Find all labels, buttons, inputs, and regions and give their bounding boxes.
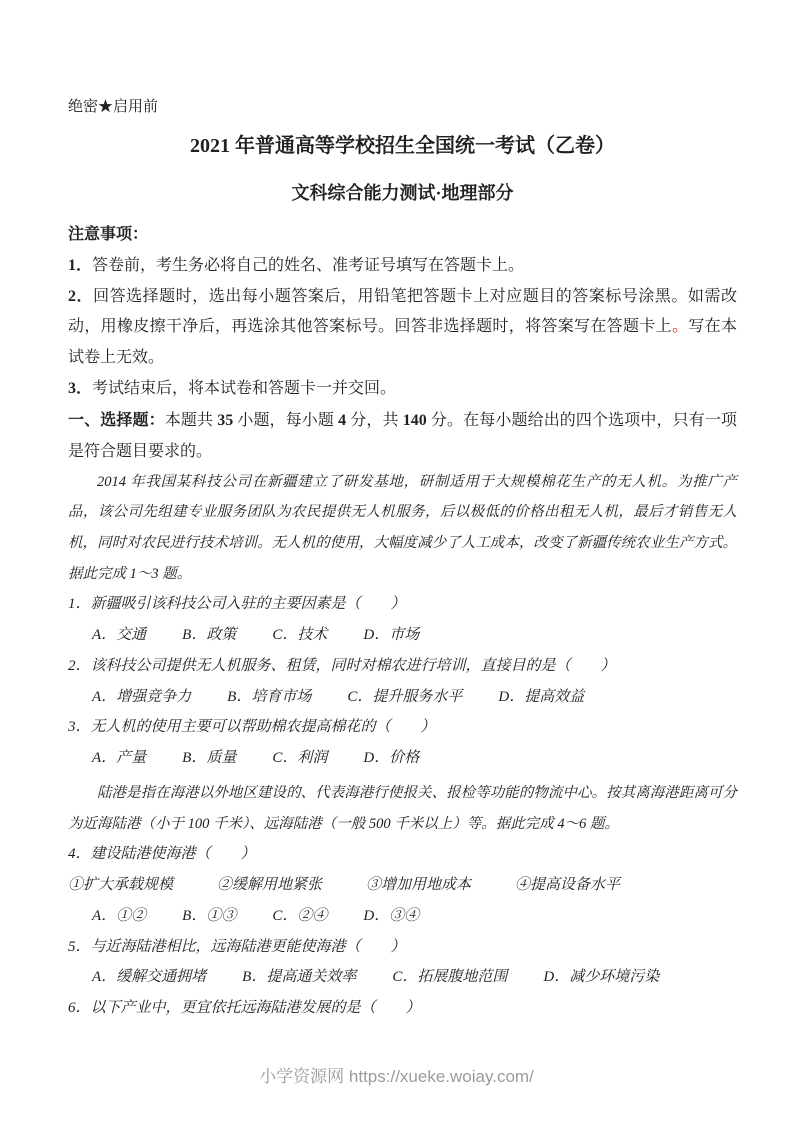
question-6-stem: 6．以下产业中，更宜依托远海陆港发展的是（ ）: [68, 993, 737, 1024]
question-4-subitem-4: ④提高设备水平: [515, 870, 620, 901]
question-5-option-c: C．拓展腹地范围: [392, 962, 507, 993]
question-5-options: A．缓解交通拥堵B．提高通关效率C．拓展腹地范围D．减少环境污染: [68, 962, 737, 993]
question-2-number: 2．: [68, 658, 91, 674]
question-6: 6．以下产业中，更宜依托远海陆港发展的是（ ）: [68, 993, 737, 1024]
question-6-number: 6．: [68, 1000, 91, 1016]
question-5-stem: 5．与近海陆港相比，远海陆港更能使海港（ ）: [68, 932, 737, 963]
question-4-stem: 4．建设陆港使海港（ ）: [68, 839, 737, 870]
question-4: 4．建设陆港使海港（ ） ①扩大承载规模②缓解用地紧张③增加用地成本④提高设备水…: [68, 839, 737, 931]
question-3-stem: 3．无人机的使用主要可以帮助棉农提高棉花的（ ）: [68, 712, 737, 743]
question-1-options: A．交通B．政策C．技术D．市场: [68, 620, 737, 651]
section-desc-3: 分，共: [346, 412, 403, 429]
question-5-option-d: D．减少环境污染: [543, 962, 659, 993]
question-4-options: A．①②B．①③C．②④D．③④: [68, 901, 737, 932]
question-1-option-d: D．市场: [363, 620, 419, 651]
question-3-options: A．产量B．质量C．利润D．价格: [68, 743, 737, 774]
question-3-option-d: D．价格: [363, 743, 419, 774]
secrecy-label: 绝密★启用前: [68, 96, 737, 118]
section-one-label: 一、选择题：: [68, 412, 165, 429]
question-4-text: 建设陆港使海港（ ）: [91, 846, 256, 862]
exam-title: 2021 年普通高等学校招生全国统一考试（乙卷）: [68, 132, 737, 160]
notice-item-3: 3．考试结束后，将本试卷和答题卡一并交回。: [68, 374, 737, 405]
exam-subtitle: 文科综合能力测试·地理部分: [68, 180, 737, 206]
question-6-text: 以下产业中，更宜依托远海陆港发展的是（ ）: [91, 1000, 421, 1016]
question-1-number: 1．: [68, 596, 91, 612]
section-one-header: 一、选择题：本题共 35 小题，每小题 4 分，共 140 分。在每小题给出的四…: [68, 405, 737, 467]
section-total-points: 140: [403, 412, 427, 429]
question-4-subitem-3: ③增加用地成本: [366, 870, 471, 901]
question-5-text: 与近海陆港相比，远海陆港更能使海港（ ）: [91, 939, 406, 955]
passage-drone-company: 2014 年我国某科技公司在新疆建立了研发基地，研制适用于大规模棉花生产的无人机…: [68, 467, 737, 589]
question-4-subitem-2: ②缓解用地紧张: [217, 870, 322, 901]
question-3: 3．无人机的使用主要可以帮助棉农提高棉花的（ ） A．产量B．质量C．利润D．价…: [68, 712, 737, 774]
question-2: 2．该科技公司提供无人机服务、租赁，同时对棉农进行培训，直接目的是（ ） A．增…: [68, 651, 737, 713]
notice-item-2-number: 2．: [68, 288, 93, 305]
question-2-text: 该科技公司提供无人机服务、租赁，同时对棉农进行培训，直接目的是（ ）: [91, 658, 616, 674]
question-1-stem: 1．新疆吸引该科技公司入驻的主要因素是（ ）: [68, 589, 737, 620]
question-2-option-c: C．提升服务水平: [347, 682, 462, 713]
question-1: 1．新疆吸引该科技公司入驻的主要因素是（ ） A．交通B．政策C．技术D．市场: [68, 589, 737, 651]
question-4-number: 4．: [68, 846, 91, 862]
notice-item-1-number: 1．: [68, 257, 92, 274]
notice-item-1-text: 答卷前，考生务必将自己的姓名、准考证号填写在答题卡上。: [92, 257, 524, 274]
question-5-option-a: A．缓解交通拥堵: [92, 962, 206, 993]
question-2-stem: 2．该科技公司提供无人机服务、租赁，同时对棉农进行培训，直接目的是（ ）: [68, 651, 737, 682]
question-1-option-b: B．政策: [182, 620, 236, 651]
question-3-text: 无人机的使用主要可以帮助棉农提高棉花的（ ）: [91, 719, 436, 735]
notice-item-1: 1．答卷前，考生务必将自己的姓名、准考证号填写在答题卡上。: [68, 251, 737, 282]
notice-item-2-text-pre: 回答选择题时，选出每小题答案后，用铅笔把答题卡上对应题目的答案标号涂黑。如需改动…: [68, 288, 737, 336]
section-points-per-question: 4: [338, 412, 346, 429]
section-total-questions: 35: [217, 412, 233, 429]
section-desc-2: 小题，每小题: [233, 412, 338, 429]
question-1-option-a: A．交通: [92, 620, 146, 651]
question-3-option-a: A．产量: [92, 743, 146, 774]
question-5-option-b: B．提高通关效率: [242, 962, 356, 993]
question-3-number: 3．: [68, 719, 91, 735]
question-2-option-a: A．增强竞争力: [92, 682, 191, 713]
question-5-number: 5．: [68, 939, 91, 955]
section-desc-1: 本题共: [165, 412, 217, 429]
page-content: 绝密★启用前 2021 年普通高等学校招生全国统一考试（乙卷） 文科综合能力测试…: [0, 0, 793, 1024]
question-4-subitem-1: ①扩大承载规模: [68, 870, 173, 901]
question-2-option-b: B．培育市场: [227, 682, 311, 713]
notice-item-2: 2．回答选择题时，选出每小题答案后，用铅笔把答题卡上对应题目的答案标号涂黑。如需…: [68, 282, 737, 374]
question-4-subitems: ①扩大承载规模②缓解用地紧张③增加用地成本④提高设备水平: [68, 870, 737, 901]
question-2-option-d: D．提高效益: [498, 682, 584, 713]
question-2-options: A．增强竞争力B．培育市场C．提升服务水平D．提高效益: [68, 682, 737, 713]
question-1-option-c: C．技术: [272, 620, 327, 651]
question-1-text: 新疆吸引该科技公司入驻的主要因素是（ ）: [91, 596, 406, 612]
question-4-option-d: D．③④: [363, 901, 419, 932]
notice-item-2-red-period: 。: [672, 318, 688, 335]
notice-item-3-number: 3．: [68, 380, 92, 397]
notice-item-3-text: 考试结束后，将本试卷和答题卡一并交回。: [92, 380, 396, 397]
passage-dry-port: 陆港是指在海港以外地区建设的、代表海港行使报关、报检等功能的物流中心。按其离海港…: [68, 778, 737, 839]
notice-heading: 注意事项：: [68, 220, 737, 251]
question-4-option-a: A．①②: [92, 901, 146, 932]
watermark-footer: 小学资源网 https://xueke.woiay.com/: [0, 1062, 793, 1087]
question-4-option-b: B．①③: [182, 901, 236, 932]
question-3-option-c: C．利润: [272, 743, 327, 774]
question-3-option-b: B．质量: [182, 743, 236, 774]
exam-paper-page: 绝密★启用前 2021 年普通高等学校招生全国统一考试（乙卷） 文科综合能力测试…: [0, 0, 793, 1122]
question-4-option-c: C．②④: [272, 901, 327, 932]
question-5: 5．与近海陆港相比，远海陆港更能使海港（ ） A．缓解交通拥堵B．提高通关效率C…: [68, 932, 737, 994]
